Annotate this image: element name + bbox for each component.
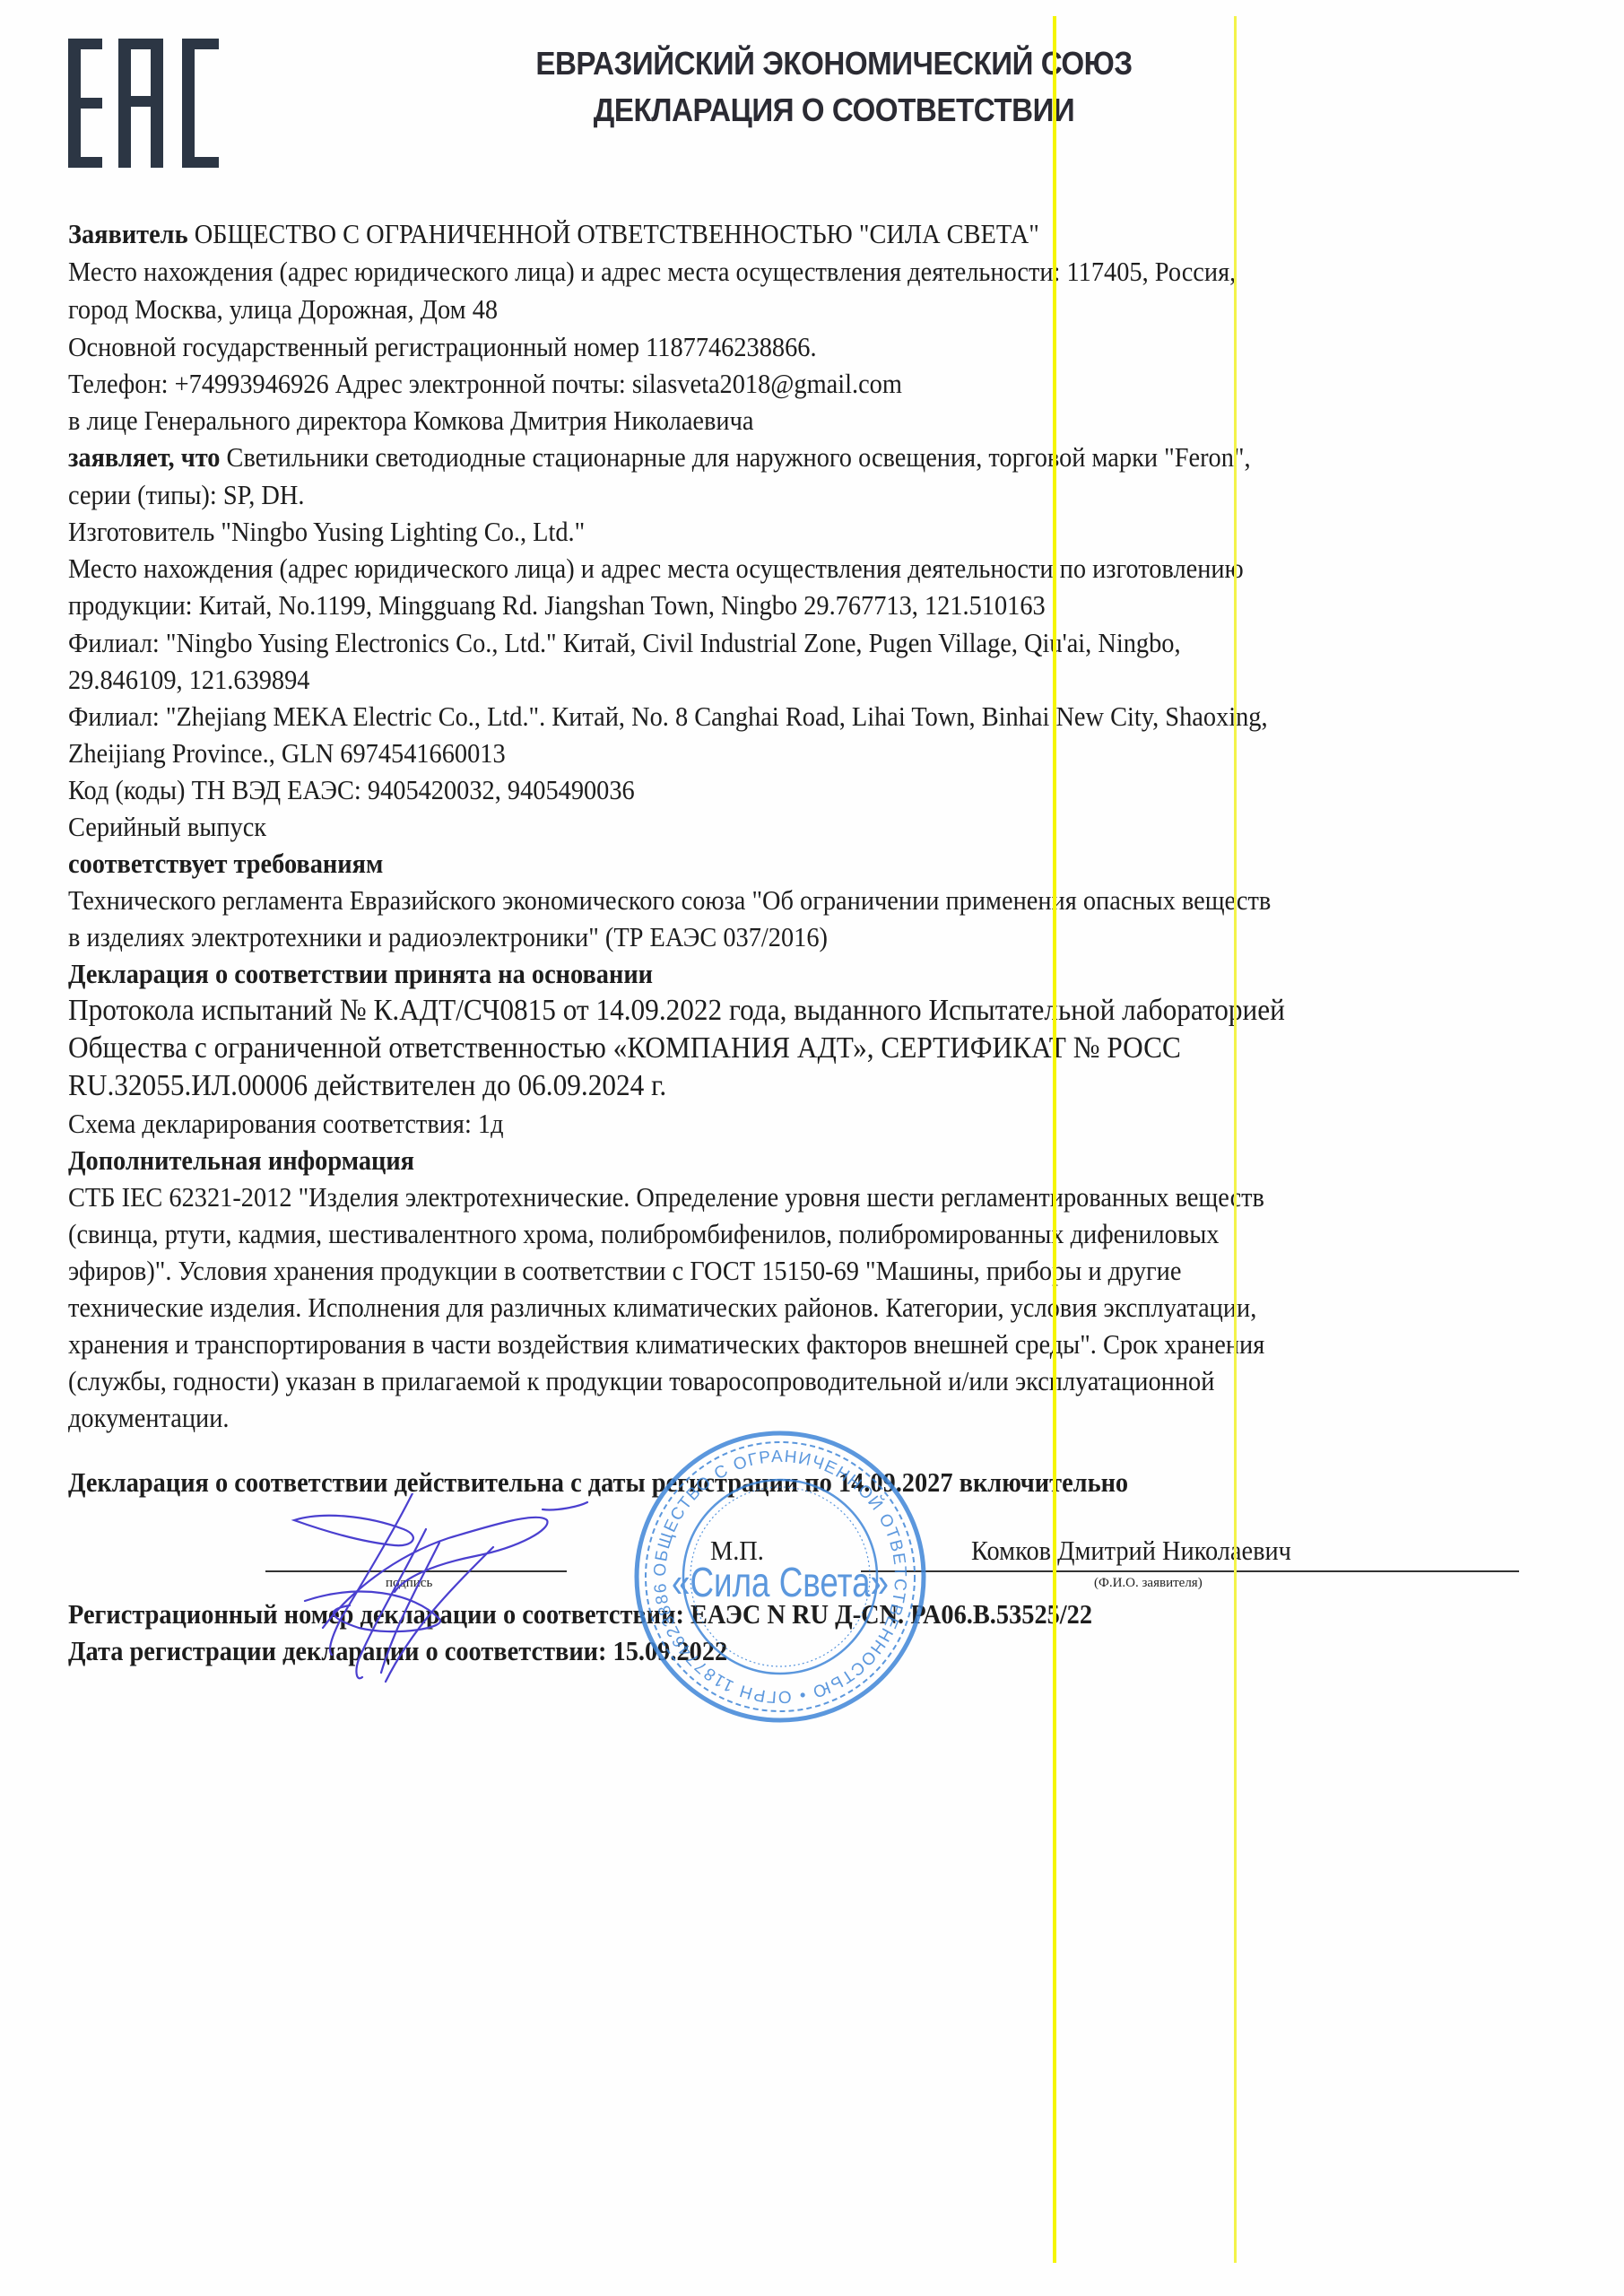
highlight-mark-right	[1234, 16, 1237, 2263]
manufacturer-name: Изготовитель "Ningbo Yusing Lighting Co.…	[68, 517, 585, 548]
applicant-name: ОБЩЕСТВО С ОГРАНИЧЕННОЙ ОТВЕТСТВЕННОСТЬЮ…	[188, 219, 1039, 249]
applicant-label: Заявитель	[68, 219, 188, 249]
branch1-line-1: Филиал: "Ningbo Yusing Electronics Co., …	[68, 628, 1181, 659]
additional-line: хранения и транспортирования в части воз…	[68, 1329, 1264, 1361]
product-description: Светильники светодиодные стационарные дл…	[220, 442, 1250, 473]
basis-line-2: Общества с ограниченной ответственностью…	[68, 1031, 1181, 1065]
applicant-address-2: город Москва, улица Дорожная, Дом 48	[68, 294, 498, 326]
declares-label: заявляет, что	[68, 442, 220, 473]
declares-line: заявляет, что Светильники светодиодные с…	[68, 442, 1251, 474]
product-series: серии (типы): SP, DH.	[68, 480, 304, 511]
additional-heading: Дополнительная информация	[68, 1145, 414, 1177]
company-seal-icon: ОБЩЕСТВО С ОГРАНИЧЕННОЙ ОТВЕТСТВЕННОСТЬЮ…	[628, 1424, 933, 1729]
basis-line-1: Протокола испытаний № К.АДТ/СЧ0815 от 14…	[68, 994, 1285, 1028]
svg-text:«Сила Света»: «Сила Света»	[672, 1559, 889, 1605]
additional-line: (свинца, ртути, кадмия, шестивалентного …	[68, 1219, 1220, 1250]
manufacturer-address-1: Место нахождения (адрес юридического лиц…	[68, 553, 1244, 585]
applicant-line: Заявитель ОБЩЕСТВО С ОГРАНИЧЕННОЙ ОТВЕТС…	[68, 219, 1039, 250]
additional-line: эфиров)". Условия хранения продукции в с…	[68, 1256, 1181, 1287]
applicant-address-1: Место нахождения (адрес юридического лиц…	[68, 257, 1236, 288]
signature-icon	[269, 1493, 592, 1700]
highlight-mark-left	[1053, 16, 1056, 2263]
document-title: ДЕКЛАРАЦИЯ О СООТВЕТСТВИИ	[380, 91, 1288, 129]
conforms-heading: соответствует требованиям	[68, 848, 383, 880]
additional-line: технические изделия. Исполнения для разл…	[68, 1292, 1256, 1324]
production-type: Серийный выпуск	[68, 812, 266, 843]
manufacturer-address-2: продукции: Китай, No.1199, Mingguang Rd.…	[68, 590, 1046, 622]
declaration-page: ЕВРАЗИЙСКИЙ ЭКОНОМИЧЕСКИЙ СОЮЗ ДЕКЛАРАЦИ…	[0, 0, 1624, 2296]
additional-line: СТБ IEC 62321-2012 "Изделия электротехни…	[68, 1182, 1264, 1213]
applicant-representative: в лице Генерального директора Комкова Дм…	[68, 405, 753, 437]
union-title: ЕВРАЗИЙСКИЙ ЭКОНОМИЧЕСКИЙ СОЮЗ	[380, 45, 1288, 83]
declaration-scheme: Схема декларирования соответствия: 1д	[68, 1109, 504, 1140]
additional-line: документации.	[68, 1403, 229, 1434]
applicant-ogrn: Основной государственный регистрационный…	[68, 332, 817, 363]
validity-statement: Декларация о соответствии действительна …	[68, 1467, 1128, 1499]
regulation-line-1: Технического регламента Евразийского эко…	[68, 885, 1271, 917]
branch2-line-1: Филиал: "Zhejiang MEKA Electric Co., Ltd…	[68, 701, 1268, 733]
eac-logo-icon	[68, 39, 219, 168]
name-line	[861, 1570, 1519, 1572]
branch2-line-2: Zheijiang Province., GLN 6974541660013	[68, 738, 506, 770]
signer-caption: (Ф.И.О. заявителя)	[1094, 1576, 1203, 1591]
applicant-contacts: Телефон: +74993946926 Адрес электронной …	[68, 369, 902, 400]
basis-line-3: RU.32055.ИЛ.00006 действителен до 06.09.…	[68, 1069, 666, 1103]
branch1-line-2: 29.846109, 121.639894	[68, 665, 309, 696]
additional-line: (службы, годности) указан в прилагаемой …	[68, 1366, 1214, 1397]
signer-name: Комков Дмитрий Николаевич	[971, 1535, 1291, 1567]
regulation-line-2: в изделиях электротехники и радиоэлектро…	[68, 922, 828, 953]
basis-heading: Декларация о соответствии принята на осн…	[68, 959, 653, 990]
hs-codes: Код (коды) ТН ВЭД ЕАЭС: 9405420032, 9405…	[68, 775, 635, 806]
